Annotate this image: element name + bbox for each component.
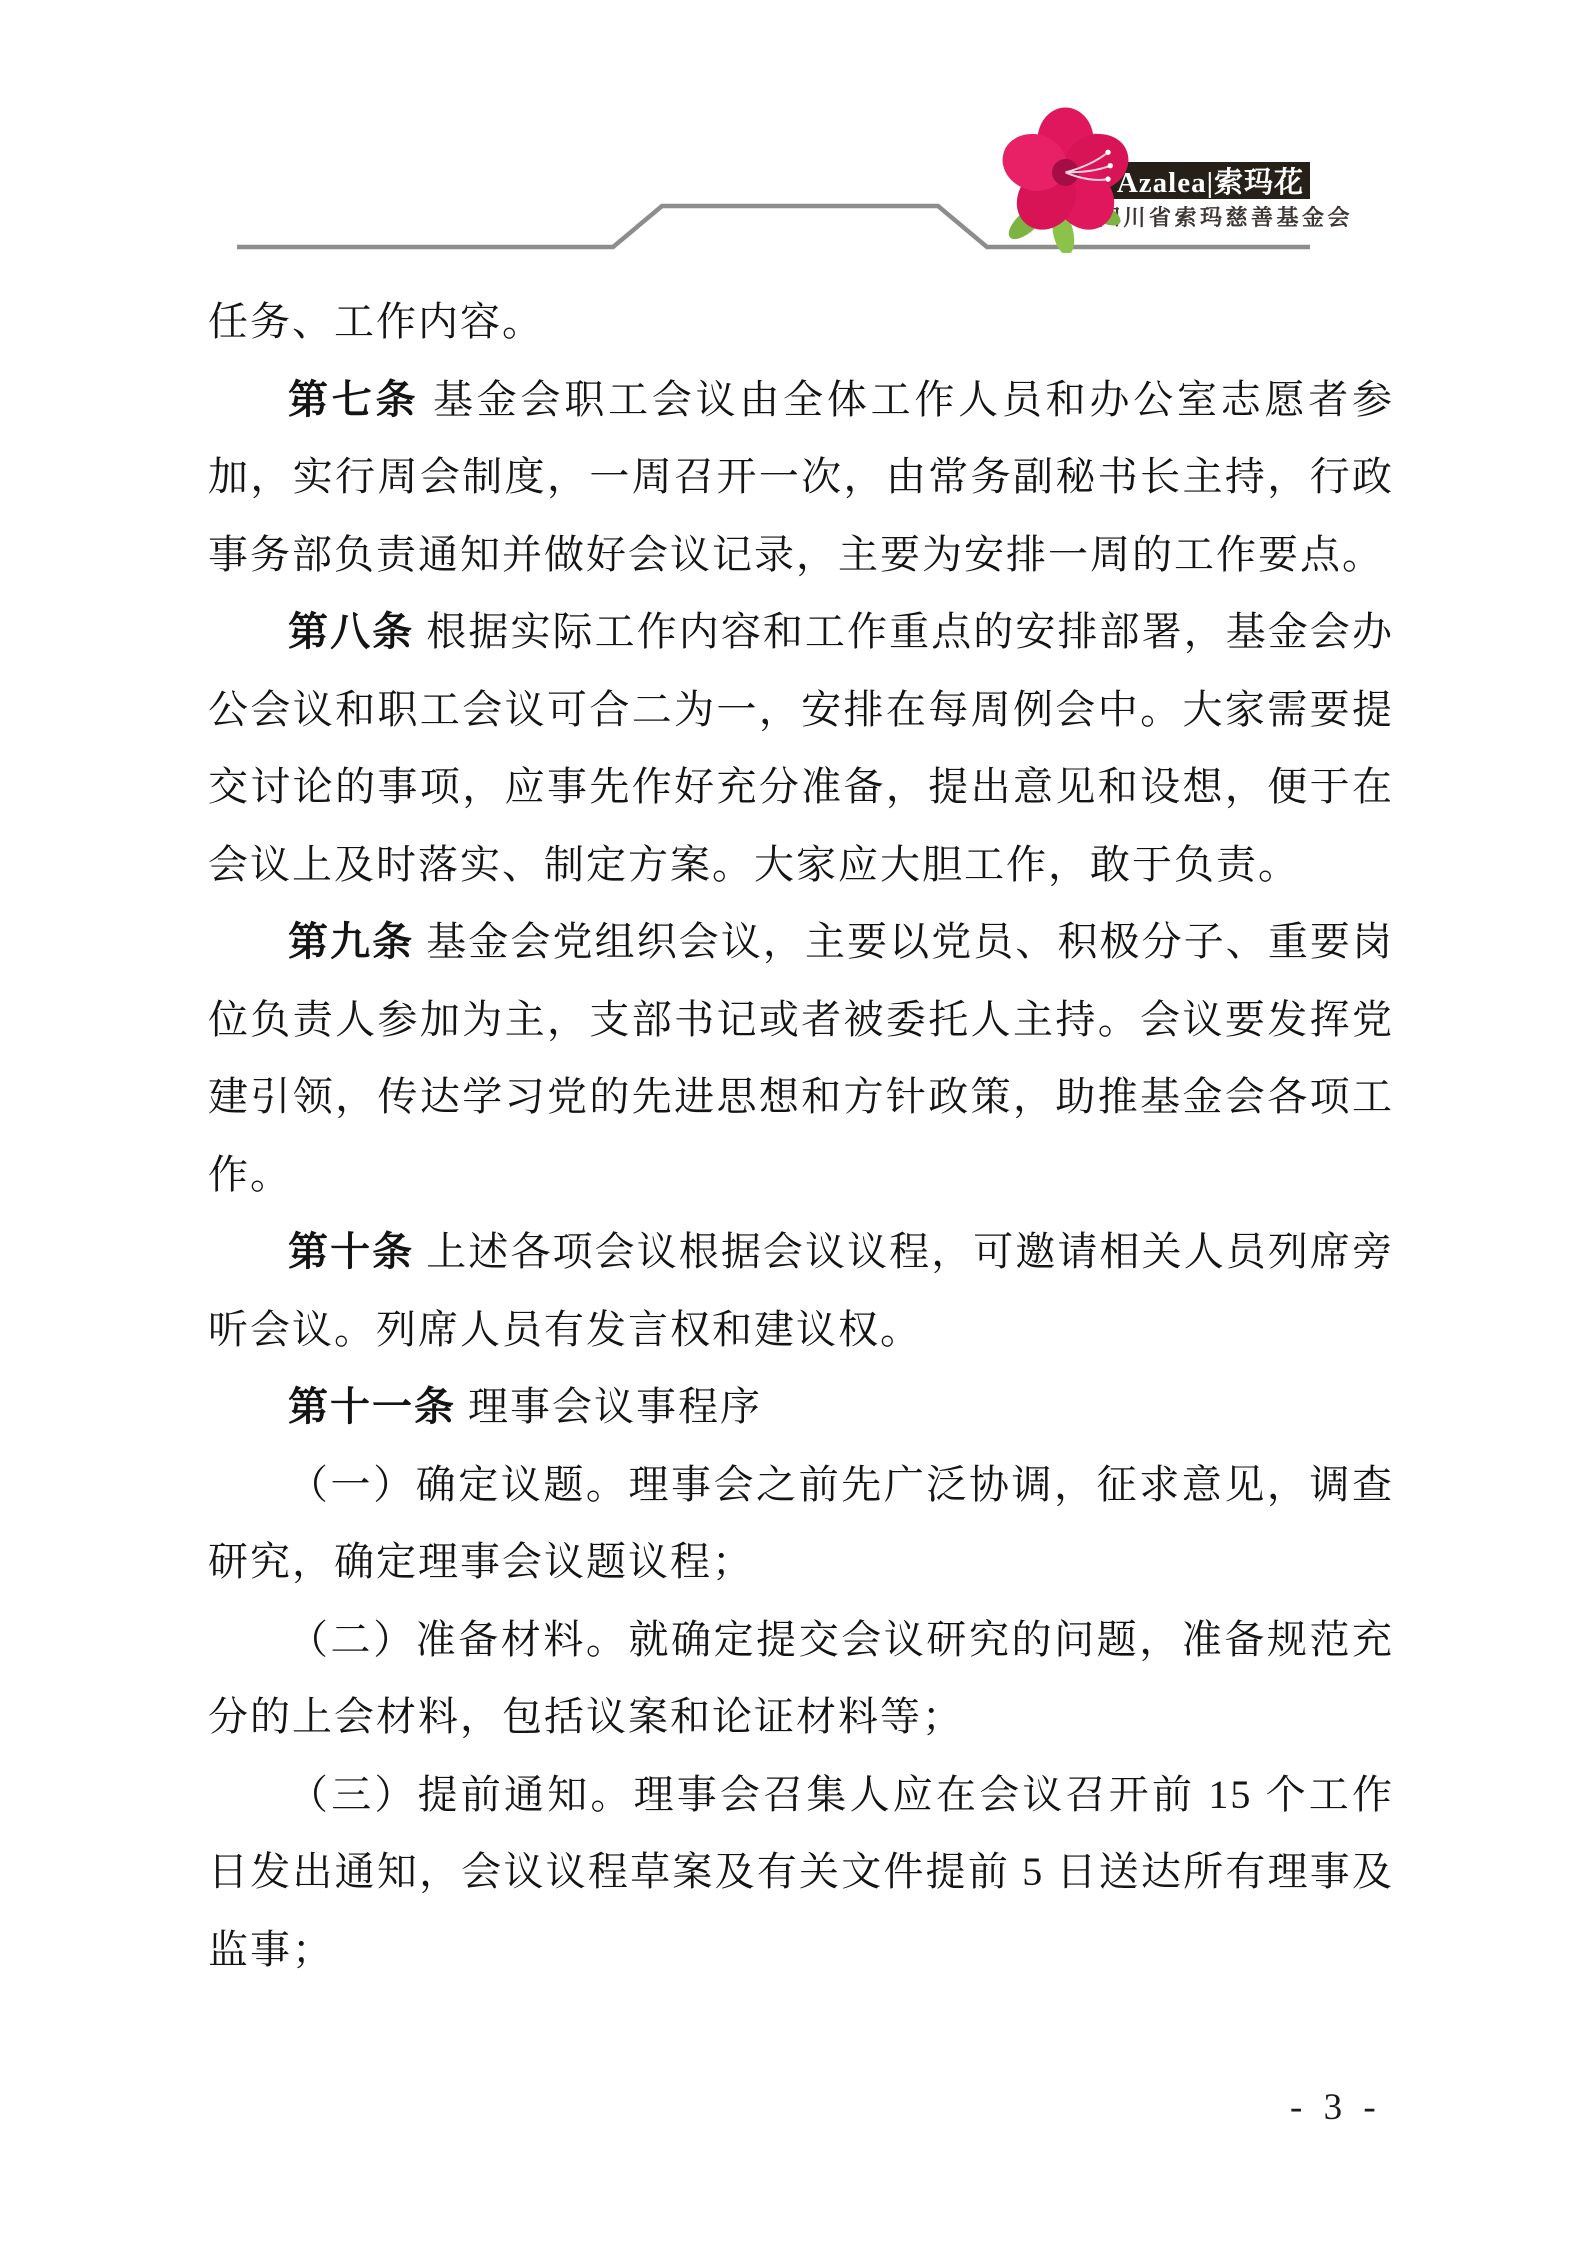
paragraph-4: 第九条 基金会党组织会议，主要以党员、积极分子、重要岗位负责人参加为主，支部书记… — [208, 903, 1394, 1213]
document-body: 任务、工作内容。第七条 基金会职工会议由全体工作人员和办公室志愿者参加，实行周会… — [208, 283, 1394, 1988]
azalea-flower-icon — [998, 103, 1133, 253]
paragraph-8: （二）准备材料。就确定提交会议研究的问题，准备规范充分的上会材料，包括议案和论证… — [208, 1601, 1394, 1756]
paragraph-6: 第十一条 理事会议事程序 — [208, 1368, 1394, 1446]
paragraph-9: （三）提前通知。理事会召集人应在会议召开前 15 个工作日发出通知，会议议程草案… — [208, 1756, 1394, 1989]
org-logo: Azalea|索玛花 四川省索玛慈善基金会 — [990, 95, 1330, 255]
paragraph-7: （一）确定议题。理事会之前先广泛协调，征求意见，调查研究，确定理事会议题议程； — [208, 1446, 1394, 1601]
paragraph-2: 第七条 基金会职工会议由全体工作人员和办公室志愿者参加，实行周会制度，一周召开一… — [208, 361, 1394, 594]
logo-banner: Azalea|索玛花 — [1108, 162, 1310, 199]
page-number: - 3 - — [1290, 2086, 1382, 2129]
article-number: 第七条 — [288, 377, 419, 422]
article-number: 第九条 — [288, 919, 414, 964]
document-page: Azalea|索玛花 四川省索玛慈善基金会 — [0, 0, 1587, 2245]
paragraph-3: 第八条 根据实际工作内容和工作重点的安排部署，基金会办公会议和职工会议可合二为一… — [208, 593, 1394, 903]
paragraph-1: 任务、工作内容。 — [208, 283, 1394, 361]
article-number: 第十一条 — [288, 1384, 456, 1429]
paragraph-5: 第十条 上述各项会议根据会议议程，可邀请相关人员列席旁听会议。列席人员有发言权和… — [208, 1213, 1394, 1368]
article-number: 第八条 — [288, 609, 414, 654]
article-number: 第十条 — [288, 1229, 414, 1274]
logo-banner-text: Azalea|索玛花 — [1117, 160, 1304, 201]
